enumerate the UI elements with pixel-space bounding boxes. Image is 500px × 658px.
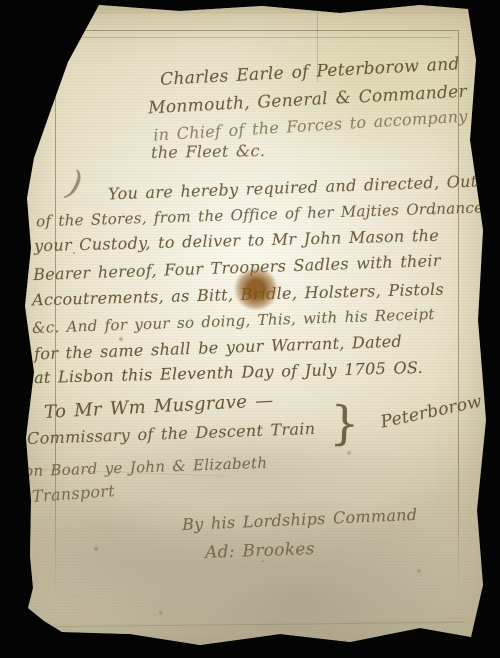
address-brace: }	[329, 396, 360, 451]
fold-crease-bottom	[45, 622, 465, 627]
ruled-ink-border-second-line	[60, 37, 452, 38]
heading-line: the Fleet &c.	[151, 141, 265, 162]
ink-stain	[233, 268, 279, 310]
foxing-specks	[0, 0, 2, 2]
photo-of-manuscript: Charles Earle of Peterborow and Monmouth…	[0, 0, 500, 658]
manuscript-page: Charles Earle of Peterborow and Monmouth…	[0, 0, 500, 658]
signature-secretary: Ad: Brookes	[205, 539, 315, 563]
